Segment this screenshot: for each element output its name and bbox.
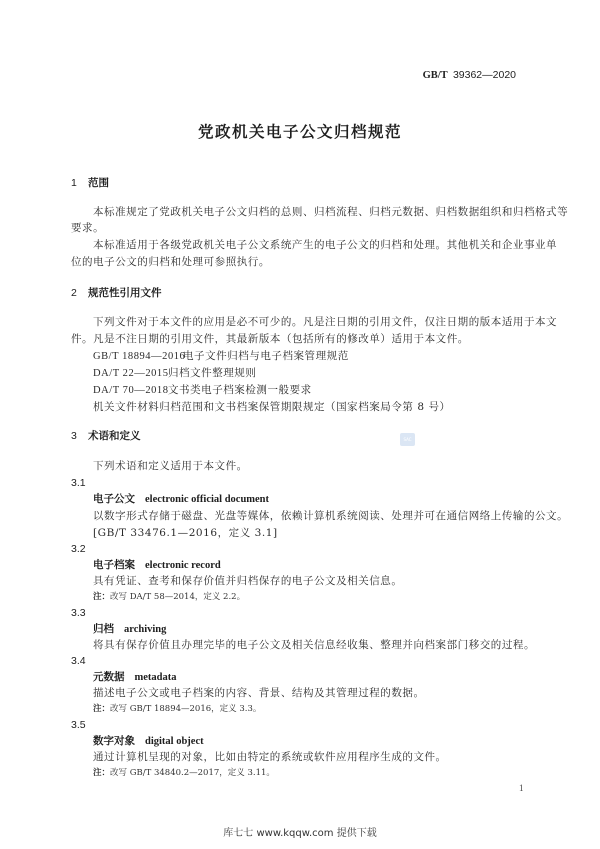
term-chinese: 电子公文 <box>93 493 135 505</box>
paragraph-line: 本标准适用于各级党政机关电子公文系统产生的电子公文的归档和处理。其他机关和企业事… <box>93 240 557 251</box>
reference-item: DA/T 70—2018文书类电子档案检测一般要求 <box>93 385 312 397</box>
term-chinese: 数字对象 <box>93 735 135 747</box>
sac-watermark-stamp: SAC <box>400 433 415 446</box>
section-title: 规范性引用文件 <box>88 287 162 299</box>
term-entry: 数字对象digital object <box>93 736 204 748</box>
term-english: digital object <box>145 736 204 747</box>
reference-code: DA/T 22—2015 <box>93 369 168 380</box>
paragraph-line: 位的电子公文的归档和处理可参照执行。 <box>71 257 270 268</box>
page-number: 1 <box>519 784 524 793</box>
section-title: 术语和定义 <box>88 430 141 442</box>
term-number: 3.1 <box>71 478 86 489</box>
reference-code: GB/T 18894—2016 <box>93 352 183 363</box>
term-english: electronic official document <box>145 494 269 505</box>
paragraph-line: 要求。 <box>71 223 104 234</box>
term-note: 注：改写 GB/T 18894—2016，定义 3.3。 <box>93 705 261 714</box>
section-heading-2: 2规范性引用文件 <box>71 288 162 299</box>
note-text: 改写 GB/T 34840.2—2017，定义 3.11。 <box>110 768 275 778</box>
term-definition: 具有凭证、查考和保存价值并归档保存的电子公文及相关信息。 <box>93 576 402 587</box>
note-label: 注： <box>93 704 110 714</box>
note-label: 注： <box>93 768 110 778</box>
paragraph-line: 件。凡是不注日期的引用文件，其最新版本（包括所有的修改单）适用于本文件。 <box>71 334 469 345</box>
download-footer: 库七七 www.kqqw.com 提供下载 <box>0 829 600 839</box>
section-number: 3 <box>71 431 88 442</box>
term-english: electronic record <box>145 560 221 571</box>
term-english: archiving <box>124 624 166 635</box>
section-heading-1: 1范围 <box>71 178 109 189</box>
section-number: 1 <box>71 178 88 189</box>
paragraph-line: 下列术语和定义适用于本文件。 <box>93 461 248 472</box>
term-definition: 通过计算机呈现的对象，比如由特定的系统或软件应用程序生成的文件。 <box>93 752 447 763</box>
reference-title: 电子文件归档与电子档案管理规范 <box>183 350 349 362</box>
section-number: 2 <box>71 288 88 299</box>
term-note: 注：改写 DA/T 58—2014，定义 2.2。 <box>93 593 245 602</box>
reference-code: DA/T 70—2018 <box>93 386 168 397</box>
reference-item: 机关文件材料归档范围和文书档案保管期限规定（国家档案局令第 8 号） <box>93 402 451 413</box>
reference-item: DA/T 22—2015归档文件整理规则 <box>93 368 256 380</box>
note-label: 注： <box>93 592 110 602</box>
document-title: 党政机关电子公文归档规范 <box>0 125 600 141</box>
paragraph-line: 本标准规定了党政机关电子公文归档的总则、归档流程、归档元数据、归档数据组织和归档… <box>93 207 568 218</box>
term-definition: 以数字形式存储于磁盘、光盘等媒体，依赖计算机系统阅读、处理并可在通信网络上传输的… <box>93 511 568 522</box>
term-definition: 将具有保存价值且办理完毕的电子公文及相关信息经收集、整理并向档案部门移交的过程。 <box>93 640 535 651</box>
term-number: 3.5 <box>71 720 86 731</box>
term-chinese: 归档 <box>93 623 114 635</box>
standard-code: GB/T 39362—2020 <box>423 70 516 82</box>
term-note: 注：改写 GB/T 34840.2—2017，定义 3.11。 <box>93 769 275 778</box>
standard-prefix: GB/T <box>423 70 448 81</box>
term-entry: 电子公文electronic official document <box>93 494 269 506</box>
reference-item: GB/T 18894—2016电子文件归档与电子档案管理规范 <box>93 351 349 363</box>
term-chinese: 元数据 <box>93 671 125 683</box>
term-entry: 归档archiving <box>93 624 166 636</box>
paragraph-line: 下列文件对于本文件的应用是必不可少的。凡是注日期的引用文件，仅注日期的版本适用于… <box>93 317 557 328</box>
term-english: metadata <box>135 672 177 683</box>
term-definition: 描述电子公文或电子档案的内容、背景、结构及其管理过程的数据。 <box>93 688 425 699</box>
term-number: 3.4 <box>71 656 86 667</box>
term-source: [GB/T 33476.1—2016，定义 3.1] <box>93 528 278 539</box>
term-chinese: 电子档案 <box>93 559 135 571</box>
section-heading-3: 3术语和定义 <box>71 431 141 442</box>
term-entry: 电子档案electronic record <box>93 560 221 572</box>
reference-title: 文书类电子档案检测一般要求 <box>168 384 312 396</box>
standard-number: 39362—2020 <box>453 69 516 81</box>
term-number: 3.2 <box>71 544 86 555</box>
term-entry: 元数据metadata <box>93 672 177 684</box>
document-page: GB/T 39362—2020 党政机关电子公文归档规范 1范围 本标准规定了党… <box>0 0 600 849</box>
reference-title: 归档文件整理规则 <box>168 367 256 379</box>
note-text: 改写 GB/T 18894—2016，定义 3.3。 <box>110 704 261 714</box>
note-text: 改写 DA/T 58—2014，定义 2.2。 <box>110 592 245 602</box>
section-title: 范围 <box>88 177 109 189</box>
term-number: 3.3 <box>71 608 86 619</box>
